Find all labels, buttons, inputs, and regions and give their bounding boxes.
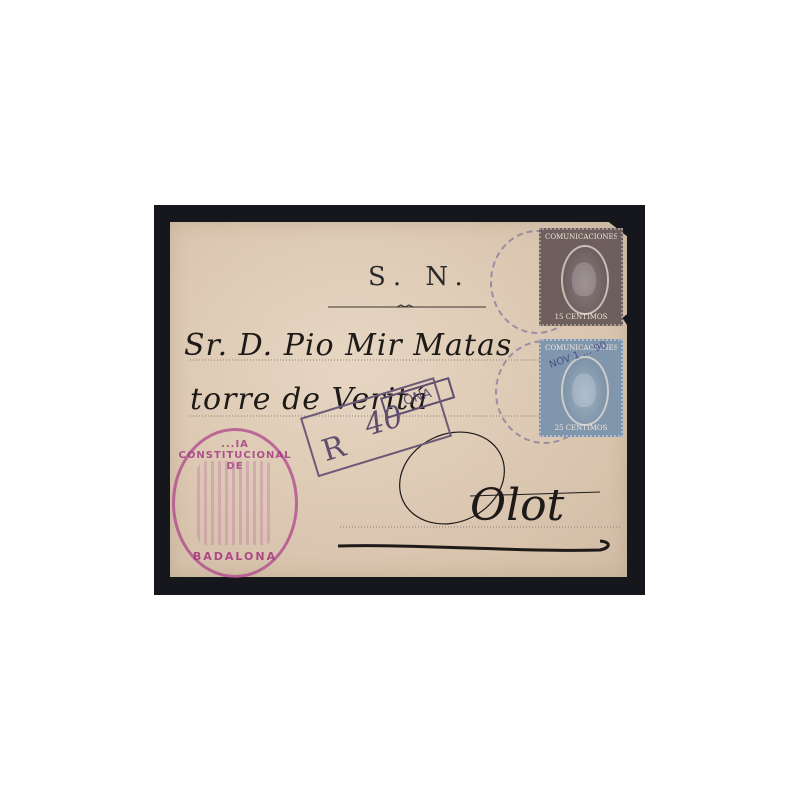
- coat-of-arms-icon: [197, 461, 273, 545]
- printed-header: S. N.: [368, 262, 471, 292]
- portrait-icon: [572, 262, 596, 296]
- address-city: Olot: [470, 480, 564, 531]
- postage-stamp-15-centimos: COMUNICACIONES 15 CENTIMOS: [539, 228, 623, 326]
- registration-letter: R: [318, 429, 350, 469]
- seal-bottom-text: BADALONA: [175, 550, 295, 563]
- badalona-seal: ...IA CONSTITUCIONAL DE BADALONA: [172, 428, 298, 578]
- address-line-1: Sr. D. Pio Mir Matas: [184, 328, 512, 363]
- envelope-content: S. N. COMUNICACIONES 15 CENTIMOS COMUNIC…: [0, 0, 800, 800]
- stamp-value: 25 CENTIMOS: [545, 424, 617, 432]
- stamp-header: COMUNICACIONES: [545, 233, 617, 241]
- portrait-icon: [572, 373, 596, 407]
- stamp-value: 15 CENTIMOS: [545, 313, 617, 321]
- registration-number: 40: [360, 399, 407, 444]
